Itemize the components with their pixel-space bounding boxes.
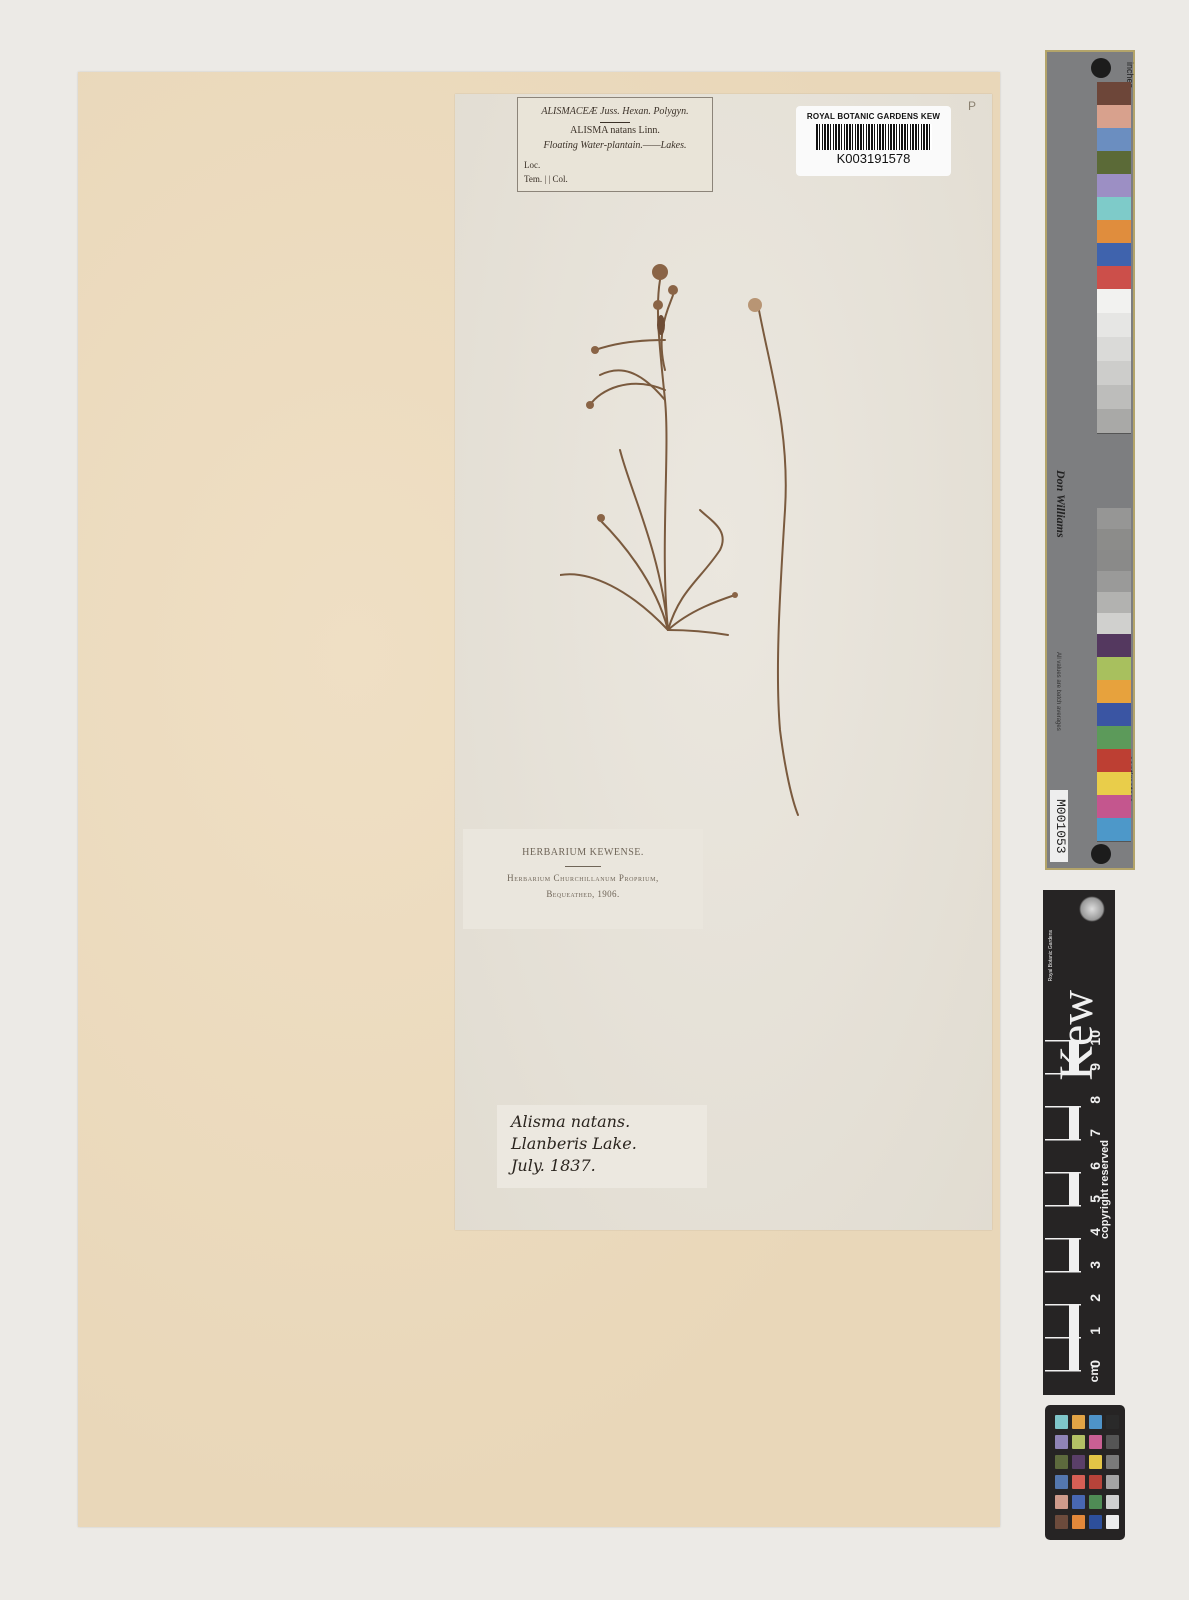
color-swatch xyxy=(1097,772,1131,796)
batch-note: All values are batch averages xyxy=(1055,652,1061,731)
checker-patch xyxy=(1072,1515,1085,1529)
color-swatch xyxy=(1097,361,1131,386)
checker-patch xyxy=(1055,1435,1068,1449)
checker-patch xyxy=(1089,1475,1102,1489)
label-rule xyxy=(600,122,630,123)
barcode-number: K003191578 xyxy=(796,151,951,166)
scale-number: 8 xyxy=(1087,1096,1103,1104)
scale-number: 9 xyxy=(1087,1063,1103,1071)
color-swatch xyxy=(1097,529,1131,551)
scale-number: 10 xyxy=(1087,1030,1103,1046)
color-swatch xyxy=(1097,289,1131,314)
checker-patch xyxy=(1106,1435,1119,1449)
checker-patch xyxy=(1072,1435,1085,1449)
determination-label: ALISMACEÆ Juss. Hexan. Polygyn. ALISMA n… xyxy=(517,97,713,192)
barcode-icon xyxy=(816,124,932,150)
checker-patch xyxy=(1072,1495,1085,1509)
handwritten-collection-label: Alisma natans. Llanberis Lake. July. 183… xyxy=(497,1105,707,1188)
color-swatch xyxy=(1097,409,1131,434)
locality-field: Loc. xyxy=(524,160,540,170)
color-swatch xyxy=(1097,571,1131,593)
color-swatch xyxy=(1097,151,1131,175)
royal-crest-icon xyxy=(1079,896,1105,922)
checker-patch xyxy=(1055,1415,1068,1429)
family-line: ALISMACEÆ Juss. Hexan. Polygyn. xyxy=(518,106,712,117)
color-swatch xyxy=(1097,613,1131,635)
color-swatch xyxy=(1097,105,1131,129)
checker-patch xyxy=(1089,1515,1102,1529)
color-swatch xyxy=(1097,749,1131,773)
color-swatch xyxy=(1097,550,1131,572)
herbarium-source: Herbarium Churchillanum Proprium, xyxy=(463,873,703,883)
checker-patch xyxy=(1089,1415,1102,1429)
checker-patch xyxy=(1106,1475,1119,1489)
color-swatch xyxy=(1097,508,1131,530)
color-swatch xyxy=(1097,174,1131,198)
herbarium-kewense-label: HERBARIUM KEWENSE. Herbarium Churchillan… xyxy=(463,829,703,929)
scale-number: 2 xyxy=(1087,1294,1103,1302)
color-swatch xyxy=(1097,634,1131,658)
label-rule xyxy=(565,866,601,867)
color-swatch xyxy=(1097,657,1131,681)
checker-patch xyxy=(1106,1455,1119,1469)
color-swatch xyxy=(1097,243,1131,267)
color-swatch xyxy=(1097,220,1131,244)
color-swatch xyxy=(1097,337,1131,362)
checker-patch xyxy=(1055,1455,1068,1469)
pressed-plant-specimen xyxy=(560,250,860,850)
pencil-mark: P xyxy=(968,99,976,113)
unit-label: cm xyxy=(1087,1365,1101,1382)
color-swatch xyxy=(1097,385,1131,410)
color-swatch xyxy=(1097,82,1131,106)
checker-patch xyxy=(1106,1515,1119,1529)
scale-number: 3 xyxy=(1087,1261,1103,1269)
handwritten-date: July. 1837. xyxy=(511,1155,707,1177)
kew-scale-bar: Royal Botanic Gardens Kew 012345678910 c… xyxy=(1043,890,1115,1395)
checker-patch xyxy=(1072,1475,1085,1489)
checker-patch xyxy=(1055,1475,1068,1489)
herbarium-bequest: Bequeathed, 1906. xyxy=(463,889,703,899)
color-swatch xyxy=(1097,592,1131,614)
scale-number: 7 xyxy=(1087,1129,1103,1137)
color-swatch xyxy=(1097,197,1131,221)
checker-patch xyxy=(1089,1435,1102,1449)
color-swatch xyxy=(1097,795,1131,819)
color-checker-card xyxy=(1045,1405,1125,1540)
color-swatch xyxy=(1097,703,1131,727)
color-swatch xyxy=(1097,266,1131,290)
color-swatch xyxy=(1097,818,1131,842)
color-swatch xyxy=(1097,128,1131,152)
strip-code: M001053 xyxy=(1050,790,1068,862)
cm-scale-ruler xyxy=(1045,1040,1081,1390)
checker-patch xyxy=(1089,1455,1102,1469)
punch-hole-icon xyxy=(1091,58,1111,78)
checker-patch xyxy=(1072,1415,1085,1429)
checker-patch xyxy=(1055,1515,1068,1529)
punch-hole-icon xyxy=(1091,844,1111,864)
color-swatch xyxy=(1097,680,1131,704)
checker-patch xyxy=(1072,1455,1085,1469)
handwritten-locality: Llanberis Lake. xyxy=(511,1133,707,1155)
color-swatch xyxy=(1097,726,1131,750)
color-calibration-strip: inches centimeters Don Williams All valu… xyxy=(1045,50,1135,870)
copyright-notice: copyright reserved xyxy=(1099,1140,1111,1239)
color-swatch xyxy=(1097,313,1131,338)
checker-patch xyxy=(1089,1495,1102,1509)
kew-subtitle: Royal Botanic Gardens xyxy=(1048,930,1054,981)
brand-label: Don Williams xyxy=(1053,470,1068,538)
checker-patch xyxy=(1106,1415,1119,1429)
tem-col-field: Tem. | | Col. xyxy=(524,174,709,184)
institution-name: ROYAL BOTANIC GARDENS KEW xyxy=(796,112,951,121)
herbarium-title: HERBARIUM KEWENSE. xyxy=(463,847,703,858)
species-line: ALISMA natans Linn. xyxy=(518,125,712,136)
barcode-label: ROYAL BOTANIC GARDENS KEW K003191578 xyxy=(796,106,951,176)
scale-number: 1 xyxy=(1087,1327,1103,1335)
common-name-line: Floating Water-plantain.——Lakes. xyxy=(518,140,712,151)
checker-patch xyxy=(1055,1495,1068,1509)
handwritten-species: Alisma natans. xyxy=(511,1111,707,1133)
checker-patch xyxy=(1106,1495,1119,1509)
